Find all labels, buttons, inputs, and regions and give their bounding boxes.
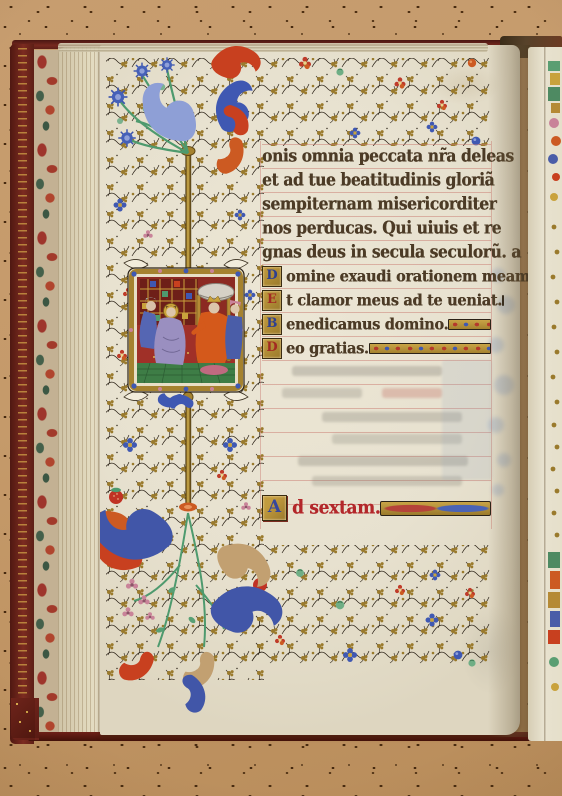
illuminated-initial-A: A (262, 495, 287, 521)
prayer-line: et ad tue beatitudinis gloriã (262, 167, 491, 194)
strawberry (109, 488, 123, 504)
rubric-row: A d sextam. (262, 493, 491, 523)
ghost-rubric-line (382, 388, 442, 398)
page-stack-edge (58, 47, 104, 739)
manuscript-photo: onis omnia peccata nr̃a deleas et ad tue… (0, 0, 562, 796)
versicle-row: D eo gratias. (262, 336, 491, 360)
ghost-text-line (282, 388, 362, 398)
illuminated-initial: B (262, 314, 282, 335)
ghost-text-line (292, 366, 442, 376)
ghost-blotch (442, 360, 492, 480)
prayer-line: gnas deus in secula seculorũ. a (262, 239, 491, 266)
illuminated-initial: D (262, 266, 282, 287)
show-through-zone (262, 360, 491, 492)
prayer-line: sempiternam misericorditer (262, 191, 491, 218)
gutter-shadow (488, 45, 530, 737)
illuminated-initial: E (262, 290, 282, 311)
marbled-endpaper-edge (34, 50, 59, 738)
facing-page-sliver (528, 47, 562, 741)
miniature (124, 259, 248, 400)
ghost-text-line (322, 412, 462, 422)
versicle-text: eo gratias. (286, 339, 369, 358)
facing-illumination (548, 61, 561, 691)
ruling-line-vertical-left (260, 141, 261, 529)
prayer-line: nos perducas. Qui uiuis et re (262, 215, 491, 242)
versicle-row: D omine exaudi orationem meam. (262, 264, 491, 288)
line-filler-bar (369, 343, 491, 354)
versicle-text: enedicamus domino. (286, 315, 448, 334)
orange-flower-finial (179, 503, 197, 512)
text-block: onis omnia peccata nr̃a deleas et ad tue… (262, 144, 491, 524)
prayer-line: onis omnia peccata nr̃a deleas (262, 143, 491, 170)
gilt-binding-corner (11, 698, 39, 740)
versicle-text: t clamor meus ad te ueniat. (286, 291, 502, 310)
rubric-line-filler (380, 501, 491, 516)
versicle-row: E t clamor meus ad te ueniat. (262, 288, 491, 312)
versicle-row: B enedicamus domino. (262, 312, 491, 336)
illuminated-initial: D (262, 338, 282, 359)
rubric-text: d sextam. (292, 497, 380, 519)
facing-page-border-decoration (528, 47, 562, 741)
book-spine-binding (10, 44, 34, 744)
manuscript-page: onis omnia peccata nr̃a deleas et ad tue… (100, 45, 520, 735)
line-filler-bar (448, 319, 491, 330)
ghost-text-line (312, 476, 462, 486)
